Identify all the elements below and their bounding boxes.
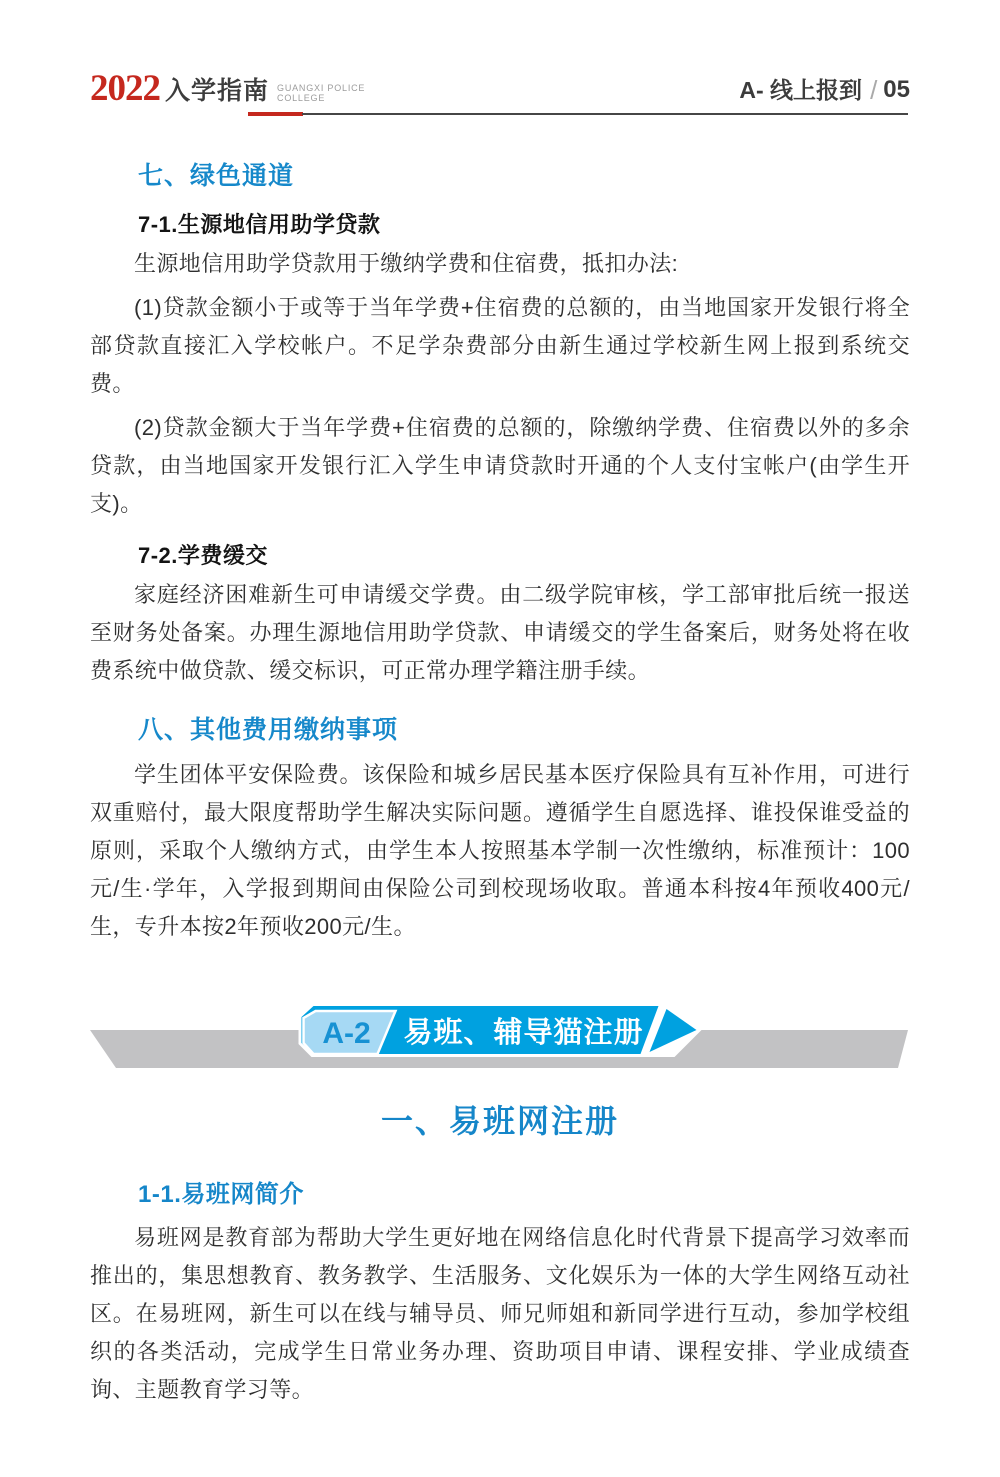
brand-college-name: GUANGXI POLICE COLLEGE <box>277 83 365 104</box>
section-7-2-paragraph: 家庭经济困难新生可申请缓交学费。由二级学院审核，学工部审批后统一报送至财务处备案… <box>90 576 910 690</box>
header-section-indicator: A- 线上报到 / 05 <box>739 78 910 104</box>
header-section-label: A- 线上报到 <box>739 78 862 102</box>
page-header: 2022 入学指南 GUANGXI POLICE COLLEGE A- 线上报到… <box>90 0 910 118</box>
document-page: 2022 入学指南 GUANGXI POLICE COLLEGE A- 线上报到… <box>0 0 1000 1409</box>
section-7-1-item-1: (1)贷款金额小于或等于当年学费+住宿费的总额的，由当地国家开发银行将全部贷款直… <box>90 289 910 403</box>
section-7-heading: 七、绿色通道 <box>90 156 910 192</box>
brand-college-line1: GUANGXI POLICE <box>277 83 365 93</box>
brand-title: 入学指南 <box>165 78 269 104</box>
a2-intro-paragraph: 易班网是教育部为帮助大学生更好地在网络信息化时代背景下提高学习效率而推出的，集思… <box>90 1219 910 1409</box>
section-7-1-item-2: (2)贷款金额大于当年学费+住宿费的总额的，除缴纳学费、住宿费以外的多余贷款，由… <box>90 409 910 523</box>
section-7-2-subheading: 7-2.学费缓交 <box>90 539 910 570</box>
section-8-paragraph: 学生团体平安保险费。该保险和城乡居民基本医疗保险具有互补作用，可进行双重赔付，最… <box>90 756 910 946</box>
section-7-1-intro-paragraph: 生源地信用助学贷款用于缴纳学费和住宿费，抵扣办法: <box>90 245 910 283</box>
brand-year: 2022 <box>90 74 160 104</box>
header-rule-line <box>302 113 908 115</box>
banner-badge: A-2 易班、辅导猫注册 <box>298 1002 703 1058</box>
section-banner: A-2 易班、辅导猫注册 <box>90 1002 910 1068</box>
header-red-accent-bar <box>248 112 303 116</box>
a2-1-1-subheading: 1-1.易班网简介 <box>90 1174 910 1209</box>
badge-code-text: A-2 <box>322 1017 370 1050</box>
section-7-1-subheading: 7-1.生源地信用助学贷款 <box>90 208 910 239</box>
brand-college-line2: COLLEGE <box>277 93 325 103</box>
badge-label-text: 易班、辅导猫注册 <box>403 1016 643 1049</box>
a2-section-title: 一、易班网注册 <box>90 1096 910 1142</box>
header-slash-divider: / <box>870 78 877 102</box>
header-page-number: 05 <box>883 78 910 102</box>
section-8-heading: 八、其他费用缴纳事项 <box>90 710 910 746</box>
